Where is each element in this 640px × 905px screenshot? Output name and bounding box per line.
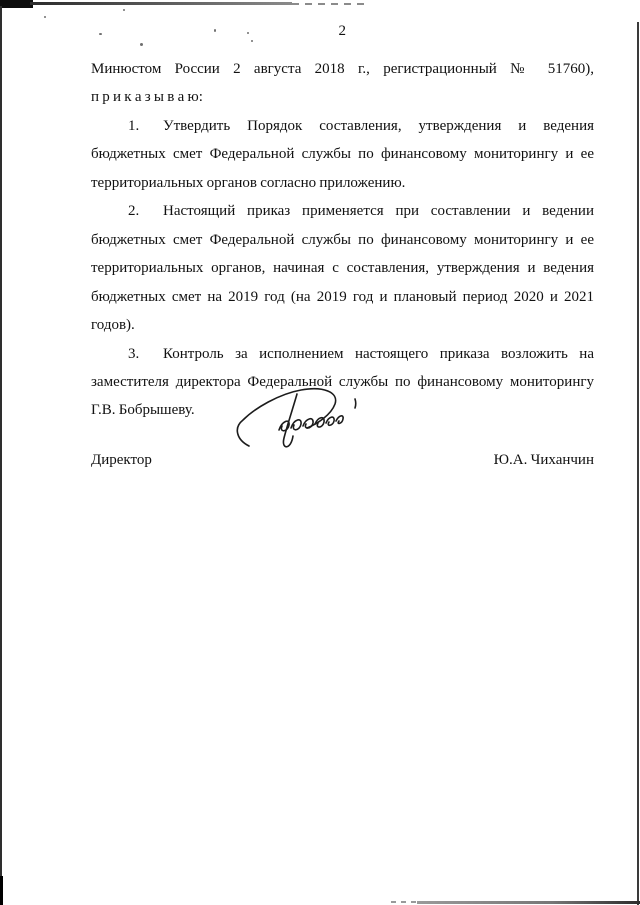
paragraph-2-text: Настоящий приказ применяется при составл… [91, 203, 594, 333]
paragraph-1-number: 1. [128, 112, 163, 140]
signoff-name: Ю.А. Чиханчин [494, 446, 594, 474]
signoff-title: Директор [91, 446, 152, 474]
scan-artifact-bottom-border [417, 901, 640, 904]
paragraph-1-text: Утвердить Порядок составления, утвержден… [91, 118, 594, 191]
paragraph-3-number: 3. [128, 340, 163, 368]
scan-artifact-top-left-block [0, 0, 33, 8]
scan-artifact-left-border-thick [0, 876, 3, 905]
decree-word-line: п р и к а з ы в а ю: [91, 83, 594, 111]
page-number: 2 [91, 0, 594, 40]
paragraph-1: 1.Утвердить Порядок составления, утвержд… [91, 112, 594, 197]
scan-artifact-bottom-border-dashes [391, 901, 417, 903]
scan-artifact-right-border [637, 22, 639, 905]
handwritten-signature-icon [235, 384, 363, 450]
continuation-line: Минюстом России 2 августа 2018 г., регис… [91, 55, 594, 83]
scan-noise-speck [44, 16, 46, 18]
scanned-document-page: 2 Минюстом России 2 августа 2018 г., рег… [0, 0, 640, 905]
scan-artifact-left-border [0, 6, 2, 905]
paragraph-2: 2.Настоящий приказ применяется при соста… [91, 197, 594, 339]
signature-row: Директор Ю.А. Чиханчин [91, 446, 594, 474]
paragraph-2-number: 2. [128, 197, 163, 225]
